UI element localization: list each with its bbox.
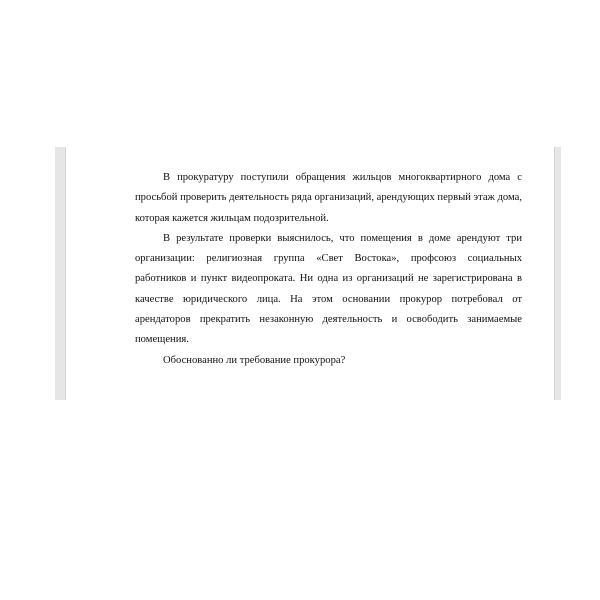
paragraph-complaint: В прокуратуру поступили обращения жильцо… (135, 168, 522, 229)
page-left-margin-strip (55, 147, 66, 400)
paragraph-question: Обоснованно ли требование прокурора? (135, 351, 522, 371)
paragraph-inspection-result: В результате проверки выяснилось, что по… (135, 229, 522, 351)
document-body: В прокуратуру поступили обращения жильцо… (135, 168, 522, 371)
page-right-margin-strip (554, 147, 561, 400)
